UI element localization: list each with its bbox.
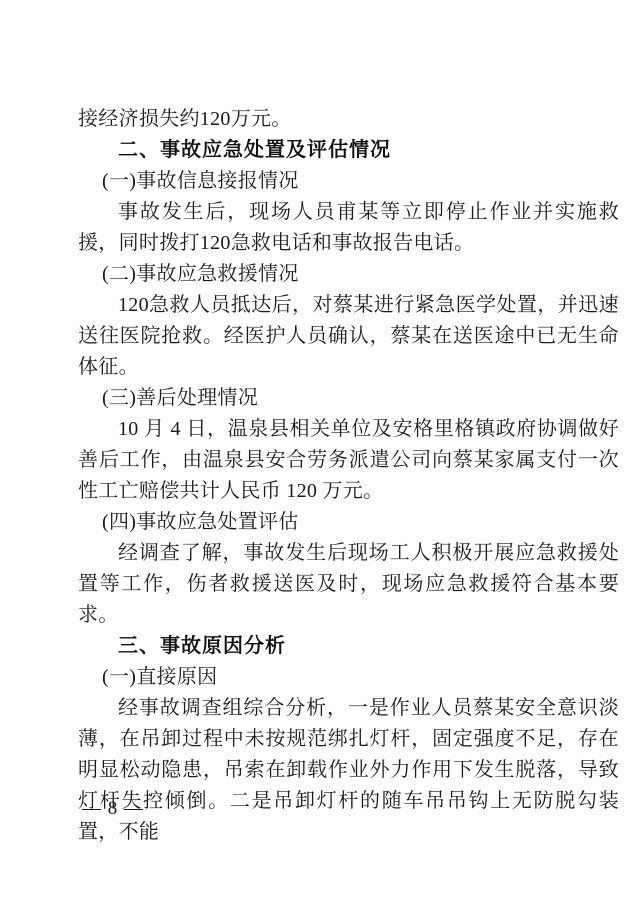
section-heading-2: 二、事故应急处置及评估情况 (78, 135, 619, 166)
subsection-heading-2-3: (三)善后处理情况 (78, 383, 619, 414)
section-heading-3: 三、事故原因分析 (78, 631, 619, 662)
subsection-heading-3-1: (一)直接原因 (78, 662, 619, 693)
paragraph: 10 月 4 日，温泉县相关单位及安格里格镇政府协调做好善后工作，由温泉县安合劳… (78, 414, 619, 507)
subsection-heading-2-1: (一)事故信息接报情况 (78, 166, 619, 197)
page-number: — 8 — (82, 798, 144, 819)
paragraph-continued: 接经济损失约120万元。 (78, 104, 619, 135)
document-page: 接经济损失约120万元。 二、事故应急处置及评估情况 (一)事故信息接报情况 事… (0, 0, 637, 900)
subsection-heading-2-4: (四)事故应急处置评估 (78, 507, 619, 538)
paragraph: 经事故调查组综合分析，一是作业人员蔡某安全意识淡薄，在吊卸过程中未按规范绑扎灯杆… (78, 693, 619, 848)
page-footer: — 8 — (82, 798, 144, 820)
document-body: 接经济损失约120万元。 二、事故应急处置及评估情况 (一)事故信息接报情况 事… (78, 104, 619, 848)
paragraph: 事故发生后，现场人员甫某等立即停止作业并实施救援，同时拨打120急救电话和事故报… (78, 197, 619, 259)
paragraph: 经调查了解，事故发生后现场工人积极开展应急救援处置等工作，伤者救援送医及时，现场… (78, 538, 619, 631)
subsection-heading-2-2: (二)事故应急救援情况 (78, 259, 619, 290)
paragraph: 120急救人员抵达后，对蔡某进行紧急医学处置，并迅速送往医院抢救。经医护人员确认… (78, 290, 619, 383)
